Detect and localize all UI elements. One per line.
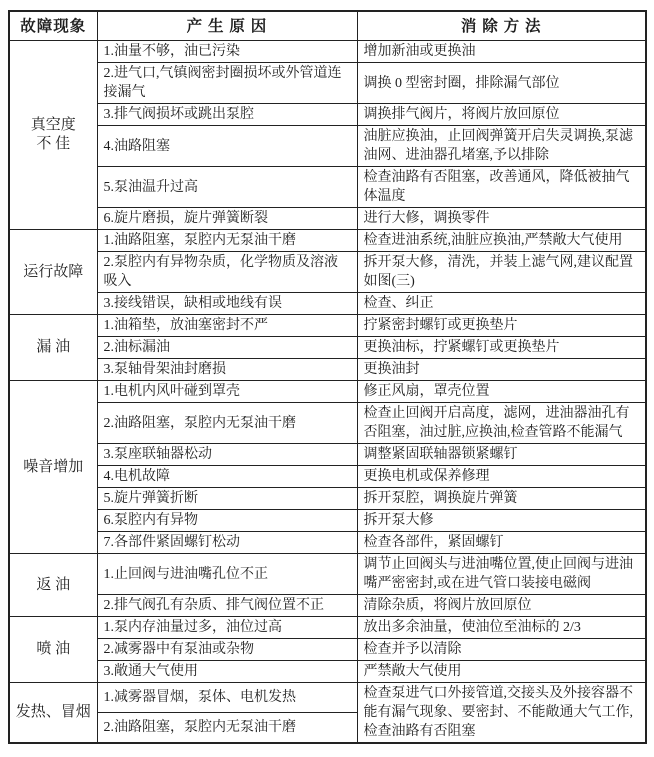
table-row: 漏 油1.油箱垫，放油塞密封不严拧紧密封螺钉或更换垫片 <box>9 315 646 337</box>
solution-cell: 修正风扇，罩壳位置 <box>357 381 646 403</box>
table-row: 返 油1.止回阀与进油嘴孔位不正调节止回阀头与进油嘴位置,使止回阀与进油嘴严密密… <box>9 554 646 595</box>
solution-cell: 增加新油或更换油 <box>357 41 646 63</box>
header-phenomenon: 故障现象 <box>9 11 97 41</box>
solution-cell: 进行大修，调换零件 <box>357 208 646 230</box>
header-solution: 消 除 方 法 <box>357 11 646 41</box>
page: 故障现象 产 生 原 因 消 除 方 法 真空度 不 佳1.油量不够，油已污染增… <box>0 0 654 757</box>
cause-cell: 1.减雾器冒烟，泵体、电机发热 <box>97 683 357 713</box>
phenomenon-cell: 漏 油 <box>9 315 97 381</box>
cause-cell: 5.旋片弹簧折断 <box>97 488 357 510</box>
phenomenon-cell: 噪音增加 <box>9 381 97 554</box>
cause-cell: 2.泵腔内有异物杂质，化学物质及溶液吸入 <box>97 252 357 293</box>
phenomenon-cell: 发热、冒烟 <box>9 683 97 744</box>
table-row: 真空度 不 佳1.油量不够，油已污染增加新油或更换油 <box>9 41 646 63</box>
cause-cell: 1.油量不够，油已污染 <box>97 41 357 63</box>
cause-cell: 6.旋片磨损，旋片弹簧断裂 <box>97 208 357 230</box>
solution-cell: 检查泵进气口外接管道,交接头及外接容器不能有漏气现象、要密封、不能敞通大气工作,… <box>357 683 646 744</box>
solution-cell: 更换电机或保养修理 <box>357 466 646 488</box>
solution-cell: 检查油路有否阻塞，改善通风，降低被抽气体温度 <box>357 167 646 208</box>
table-row: 2.油标漏油更换油标，拧紧螺钉或更换垫片 <box>9 337 646 359</box>
cause-cell: 1.油路阻塞，泵腔内无泵油干磨 <box>97 230 357 252</box>
table-row: 4.油路阻塞油脏应换油，止回阀弹簧开启失灵调换,泵滤油网、进油器孔堵塞,予以排除 <box>9 126 646 167</box>
table-row: 6.泵腔内有异物拆开泵大修 <box>9 510 646 532</box>
header-cause: 产 生 原 因 <box>97 11 357 41</box>
table-row: 2.排气阀孔有杂质、排气阀位置不正清除杂质，将阀片放回原位 <box>9 595 646 617</box>
table-row: 发热、冒烟1.减雾器冒烟，泵体、电机发热检查泵进气口外接管道,交接头及外接容器不… <box>9 683 646 713</box>
cause-cell: 5.泵油温升过高 <box>97 167 357 208</box>
solution-cell: 检查止回阀开启高度，滤网，进油器油孔有否阻塞，油过脏,应换油,检查管路不能漏气 <box>357 403 646 444</box>
cause-cell: 2.减雾器中有泵油或杂物 <box>97 639 357 661</box>
table-row: 噪音增加1.电机内风叶碰到罩壳修正风扇，罩壳位置 <box>9 381 646 403</box>
table-row: 2.油路阻塞，泵腔内无泵油干磨检查止回阀开启高度，滤网，进油器油孔有否阻塞，油过… <box>9 403 646 444</box>
phenomenon-cell: 返 油 <box>9 554 97 617</box>
table-row: 喷 油1.泵内存油量过多，油位过高放出多余油量，使油位至油标的 2/3 <box>9 617 646 639</box>
solution-cell: 拆开泵大修 <box>357 510 646 532</box>
phenomenon-cell: 运行故障 <box>9 230 97 315</box>
phenomenon-cell: 喷 油 <box>9 617 97 683</box>
table-row: 3.接线错误，缺相或地线有误检查、纠正 <box>9 293 646 315</box>
solution-cell: 调换排气阀片，将阀片放回原位 <box>357 104 646 126</box>
table-row: 6.旋片磨损，旋片弹簧断裂进行大修，调换零件 <box>9 208 646 230</box>
solution-cell: 检查进油系统,油脏应换油,严禁敞大气使用 <box>357 230 646 252</box>
table-row: 2.减雾器中有泵油或杂物检查并予以清除 <box>9 639 646 661</box>
table-row: 5.旋片弹簧折断拆开泵腔，调换旋片弹簧 <box>9 488 646 510</box>
cause-cell: 2.油标漏油 <box>97 337 357 359</box>
table-row: 3.敞通大气使用严禁敞大气使用 <box>9 661 646 683</box>
solution-cell: 检查并予以清除 <box>357 639 646 661</box>
solution-cell: 清除杂质，将阀片放回原位 <box>357 595 646 617</box>
cause-cell: 1.止回阀与进油嘴孔位不正 <box>97 554 357 595</box>
table-row: 7.各部件紧固螺钉松动检查各部件，紧固螺钉 <box>9 532 646 554</box>
table-row: 3.泵座联轴器松动调整紧固联轴器锁紧螺钉 <box>9 444 646 466</box>
cause-cell: 1.电机内风叶碰到罩壳 <box>97 381 357 403</box>
cause-cell: 6.泵腔内有异物 <box>97 510 357 532</box>
cause-cell: 3.泵轴骨架油封磨损 <box>97 359 357 381</box>
cause-cell: 1.泵内存油量过多，油位过高 <box>97 617 357 639</box>
cause-cell: 2.油路阻塞，泵腔内无泵油干磨 <box>97 712 357 743</box>
solution-cell: 调整紧固联轴器锁紧螺钉 <box>357 444 646 466</box>
table-row: 3.泵轴骨架油封磨损更换油封 <box>9 359 646 381</box>
phenomenon-cell: 真空度 不 佳 <box>9 41 97 230</box>
table-row: 2.泵腔内有异物杂质，化学物质及溶液吸入拆开泵大修，清洗，并装上滤气网,建议配置… <box>9 252 646 293</box>
table-row: 2.进气口,气镇阀密封圈损坏或外管道连接漏气调换 0 型密封圈，排除漏气部位 <box>9 63 646 104</box>
cause-cell: 3.敞通大气使用 <box>97 661 357 683</box>
cause-cell: 2.进气口,气镇阀密封圈损坏或外管道连接漏气 <box>97 63 357 104</box>
solution-cell: 检查各部件，紧固螺钉 <box>357 532 646 554</box>
cause-cell: 3.泵座联轴器松动 <box>97 444 357 466</box>
cause-cell: 2.油路阻塞，泵腔内无泵油干磨 <box>97 403 357 444</box>
cause-cell: 3.接线错误，缺相或地线有误 <box>97 293 357 315</box>
table-row: 5.泵油温升过高检查油路有否阻塞，改善通风，降低被抽气体温度 <box>9 167 646 208</box>
table-row: 运行故障1.油路阻塞，泵腔内无泵油干磨检查进油系统,油脏应换油,严禁敞大气使用 <box>9 230 646 252</box>
table-body: 真空度 不 佳1.油量不够，油已污染增加新油或更换油2.进气口,气镇阀密封圈损坏… <box>9 41 646 744</box>
solution-cell: 调节止回阀头与进油嘴位置,使止回阀与进油嘴严密密封,或在进气管口装接电磁阀 <box>357 554 646 595</box>
header-row: 故障现象 产 生 原 因 消 除 方 法 <box>9 11 646 41</box>
cause-cell: 1.油箱垫，放油塞密封不严 <box>97 315 357 337</box>
cause-cell: 4.油路阻塞 <box>97 126 357 167</box>
solution-cell: 拆开泵腔，调换旋片弹簧 <box>357 488 646 510</box>
cause-cell: 2.排气阀孔有杂质、排气阀位置不正 <box>97 595 357 617</box>
table-row: 4.电机故障更换电机或保养修理 <box>9 466 646 488</box>
solution-cell: 油脏应换油，止回阀弹簧开启失灵调换,泵滤油网、进油器孔堵塞,予以排除 <box>357 126 646 167</box>
solution-cell: 更换油封 <box>357 359 646 381</box>
solution-cell: 拧紧密封螺钉或更换垫片 <box>357 315 646 337</box>
solution-cell: 严禁敞大气使用 <box>357 661 646 683</box>
cause-cell: 3.排气阀损坏或跳出泵腔 <box>97 104 357 126</box>
solution-cell: 检查、纠正 <box>357 293 646 315</box>
solution-cell: 调换 0 型密封圈，排除漏气部位 <box>357 63 646 104</box>
troubleshooting-table: 故障现象 产 生 原 因 消 除 方 法 真空度 不 佳1.油量不够，油已污染增… <box>8 10 647 744</box>
table-row: 3.排气阀损坏或跳出泵腔调换排气阀片，将阀片放回原位 <box>9 104 646 126</box>
cause-cell: 4.电机故障 <box>97 466 357 488</box>
cause-cell: 7.各部件紧固螺钉松动 <box>97 532 357 554</box>
solution-cell: 更换油标，拧紧螺钉或更换垫片 <box>357 337 646 359</box>
solution-cell: 放出多余油量，使油位至油标的 2/3 <box>357 617 646 639</box>
solution-cell: 拆开泵大修，清洗，并装上滤气网,建议配置如图(三) <box>357 252 646 293</box>
